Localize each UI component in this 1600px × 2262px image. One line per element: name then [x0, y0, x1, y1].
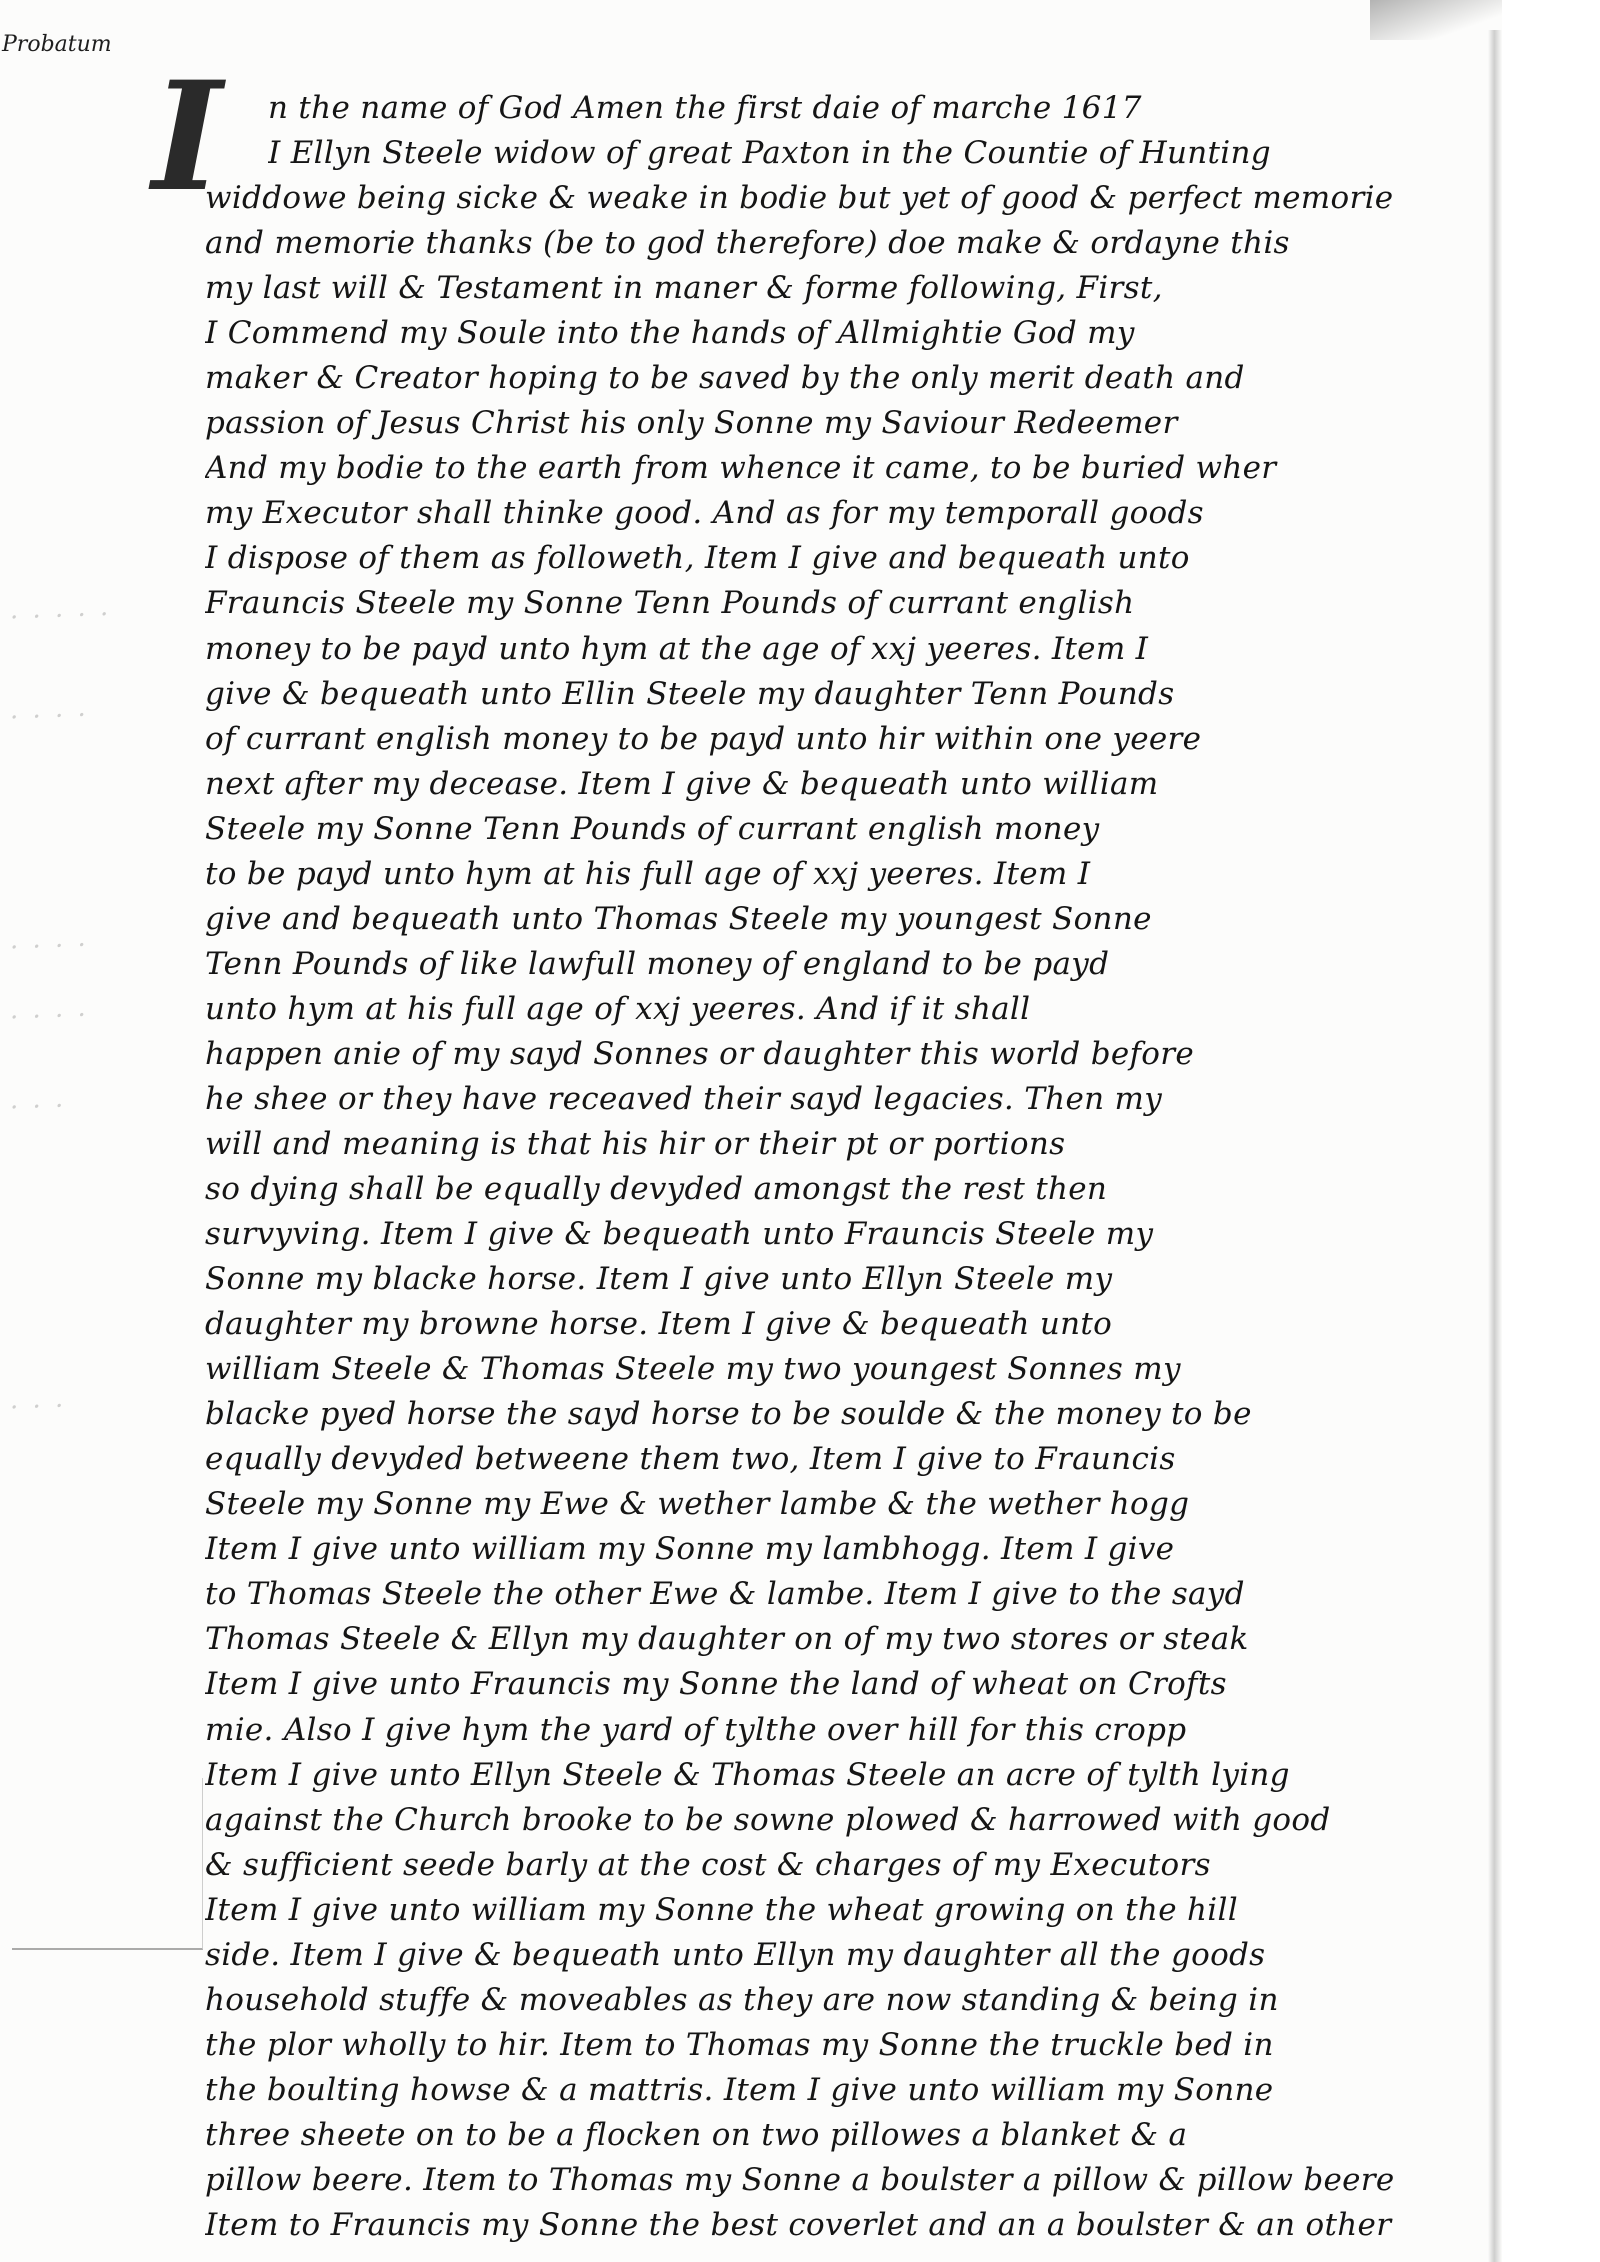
- manuscript-line: my Executor shall thinke good. And as fo…: [205, 495, 1490, 531]
- manuscript-line: Sonne my blacke horse. Item I give unto …: [205, 1261, 1490, 1297]
- manuscript-line: to Thomas Steele the other Ewe & lambe. …: [205, 1576, 1490, 1612]
- manuscript-line: the boulting howse & a mattris. Item I g…: [205, 2072, 1490, 2108]
- manuscript-line: passion of Jesus Christ his only Sonne m…: [205, 405, 1490, 441]
- manuscript-line: my last will & Testament in maner & form…: [205, 270, 1490, 306]
- manuscript-line: give & bequeath unto Ellin Steele my dau…: [205, 676, 1490, 712]
- manuscript-line: Item I give unto william my Sonne my lam…: [205, 1531, 1490, 1567]
- bleed-through-text: · · · · ·: [10, 597, 191, 633]
- manuscript-line: Frauncis Steele my Sonne Tenn Pounds of …: [205, 585, 1490, 621]
- manuscript-line: blacke pyed horse the sayd horse to be s…: [205, 1396, 1490, 1432]
- manuscript-line: to be payd unto hym at his full age of x…: [205, 856, 1490, 892]
- manuscript-line: I Commend my Soule into the hands of All…: [205, 315, 1490, 351]
- page-edge: [1488, 30, 1502, 2262]
- manuscript-line: three sheete on to be a flocken on two p…: [205, 2117, 1490, 2153]
- manuscript-line: I Ellyn Steele widow of great Paxton in …: [268, 135, 1553, 171]
- manuscript-line: equally devyded betweene them two, Item …: [205, 1441, 1490, 1477]
- manuscript-line: maker & Creator hoping to be saved by th…: [205, 360, 1490, 396]
- bleed-through-text: · · · ·: [10, 997, 191, 1033]
- manuscript-line: william Steele & Thomas Steele my two yo…: [205, 1351, 1490, 1387]
- bleed-through-text: · · · ·: [10, 697, 191, 733]
- manuscript-line: will and meaning is that his hir or thei…: [205, 1126, 1490, 1162]
- manuscript-line: Steele my Sonne my Ewe & wether lambe & …: [205, 1486, 1490, 1522]
- manuscript-line: Tenn Pounds of like lawfull money of eng…: [205, 946, 1490, 982]
- manuscript-line: household stuffe & moveables as they are…: [205, 1982, 1490, 2018]
- manuscript-line: of currant english money to be payd unto…: [205, 721, 1490, 757]
- bleed-through-text: · · ·: [10, 1087, 191, 1123]
- manuscript-line: he shee or they have receaved their sayd…: [205, 1081, 1490, 1117]
- manuscript-line: the plor wholly to hir. Item to Thomas m…: [205, 2027, 1490, 2063]
- manuscript-line: daughter my browne horse. Item I give & …: [205, 1306, 1490, 1342]
- bleed-through-text: · · ·: [10, 1387, 191, 1423]
- manuscript-line: Item to Frauncis my Sonne the best cover…: [205, 2207, 1490, 2243]
- bleed-through-text: · · · ·: [10, 927, 191, 963]
- margin-paper-fragment: [12, 1778, 203, 1950]
- manuscript-line: mie. Also I give hym the yard of tylthe …: [205, 1712, 1490, 1748]
- margin-note-probatum: Probatum: [2, 32, 112, 57]
- manuscript-line: Item I give unto Ellyn Steele & Thomas S…: [205, 1757, 1490, 1793]
- manuscript-line: happen anie of my sayd Sonnes or daughte…: [205, 1036, 1490, 1072]
- manuscript-line: unto hym at his full age of xxj yeeres. …: [205, 991, 1490, 1027]
- manuscript-line: & sufficient seede barly at the cost & c…: [205, 1847, 1490, 1883]
- manuscript-line: I dispose of them as followeth, Item I g…: [205, 540, 1490, 576]
- scan-background: [1502, 0, 1600, 2262]
- manuscript-line: n the name of God Amen the first daie of…: [268, 90, 1553, 126]
- manuscript-line: and memorie thanks (be to god therefore)…: [205, 225, 1490, 261]
- manuscript-line: widdowe being sicke & weake in bodie but…: [205, 180, 1490, 216]
- manuscript-line: side. Item I give & bequeath unto Ellyn …: [205, 1937, 1490, 1973]
- manuscript-line: money to be payd unto hym at the age of …: [205, 631, 1490, 667]
- manuscript-line: against the Church brooke to be sowne pl…: [205, 1802, 1490, 1838]
- manuscript-line: survyving. Item I give & bequeath unto F…: [205, 1216, 1490, 1252]
- manuscript-line: Item I give unto Frauncis my Sonne the l…: [205, 1666, 1490, 1702]
- manuscript-line: give and bequeath unto Thomas Steele my …: [205, 901, 1490, 937]
- manuscript-line: Thomas Steele & Ellyn my daughter on of …: [205, 1621, 1490, 1657]
- manuscript-page: Probatum · · · · · · · · · · · · · · · ·…: [0, 0, 1600, 2262]
- manuscript-line: next after my decease. Item I give & beq…: [205, 766, 1490, 802]
- manuscript-line: pillow beere. Item to Thomas my Sonne a …: [205, 2162, 1490, 2198]
- manuscript-line: And my bodie to the earth from whence it…: [205, 450, 1490, 486]
- manuscript-line: Item I give unto william my Sonne the wh…: [205, 1892, 1490, 1928]
- manuscript-line: Steele my Sonne Tenn Pounds of currant e…: [205, 811, 1490, 847]
- manuscript-line: so dying shall be equally devyded amongs…: [205, 1171, 1490, 1207]
